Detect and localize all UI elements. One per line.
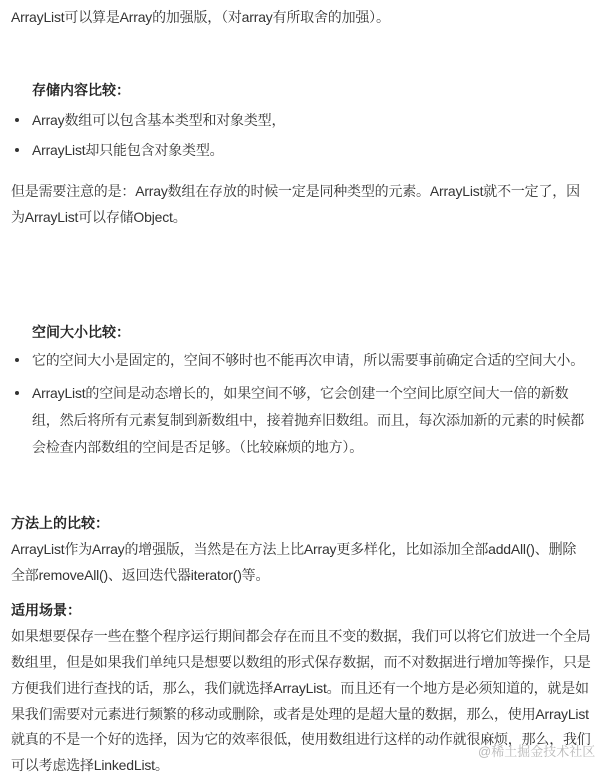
bullet-dot-icon (15, 118, 19, 122)
intro-paragraph: ArrayList可以算是Array的加强版，（对array有所取舍的加强）。 (11, 7, 390, 27)
method-comparison-heading: 方法上的比较： (11, 513, 109, 533)
usage-line-1: 如果想要保存一些在整个程序运行期间都会存在而且不变的数据，我们可以将它们放进一个… (11, 626, 591, 646)
bullet-text: Array数组可以包含基本类型和对象类型， (32, 110, 285, 130)
bullet-dot-icon (15, 148, 19, 152)
usage-line-6: 可以考虑选择LinkedList。 (11, 755, 169, 775)
bullet-dot-icon (15, 358, 19, 362)
storage-comparison-heading: 存储内容比较： (32, 80, 130, 100)
storage-note-line-1: 但是需要注意的是：Array数组在存放的时候一定是同种类型的元素。ArrayLi… (11, 181, 580, 201)
method-line-1: ArrayList作为Array的增强版，当然是在方法上比Array更多样化，比… (11, 539, 576, 559)
bullet-text-line-2: 组，然后将所有元素复制到新数组中，接着抛弃旧数组。而且，每次添加新的元素的时候都 (32, 410, 584, 430)
space-comparison-heading: 空间大小比较： (32, 322, 130, 342)
watermark: @稀土掘金技术社区 (478, 743, 595, 761)
bullet-text: ArrayList却只能包含对象类型。 (32, 140, 223, 160)
usage-line-2: 数组里，但是如果我们单纯只是想要以数组的形式保存数据，而不对数据进行增加等操作，… (11, 652, 591, 672)
method-line-2: 全部removeAll()、返回迭代器iterator()等。 (11, 565, 269, 585)
usage-line-3: 方便我们进行查找的话，那么，我们就选择ArrayList。而且还有一个地方是必须… (11, 678, 589, 698)
bullet-text: 它的空间大小是固定的，空间不够时也不能再次申请，所以需要事前确定合适的空间大小。 (32, 350, 584, 370)
storage-note-line-2: 为ArrayList可以存储Object。 (11, 207, 187, 227)
bullet-text-line-3: 会检查内部数组的空间是否足够。（比较麻烦的地方）。 (32, 437, 363, 457)
usage-line-4: 果我们需要对元素进行频繁的移动或删除，或者是处理的是超大量的数据，那么，使用Ar… (11, 704, 589, 724)
bullet-text-line-1: ArrayList的空间是动态增长的，如果空间不够，它会创建一个空间比原空间大一… (32, 383, 568, 403)
usage-scenario-heading: 适用场景： (11, 600, 81, 620)
bullet-dot-icon (15, 391, 19, 395)
